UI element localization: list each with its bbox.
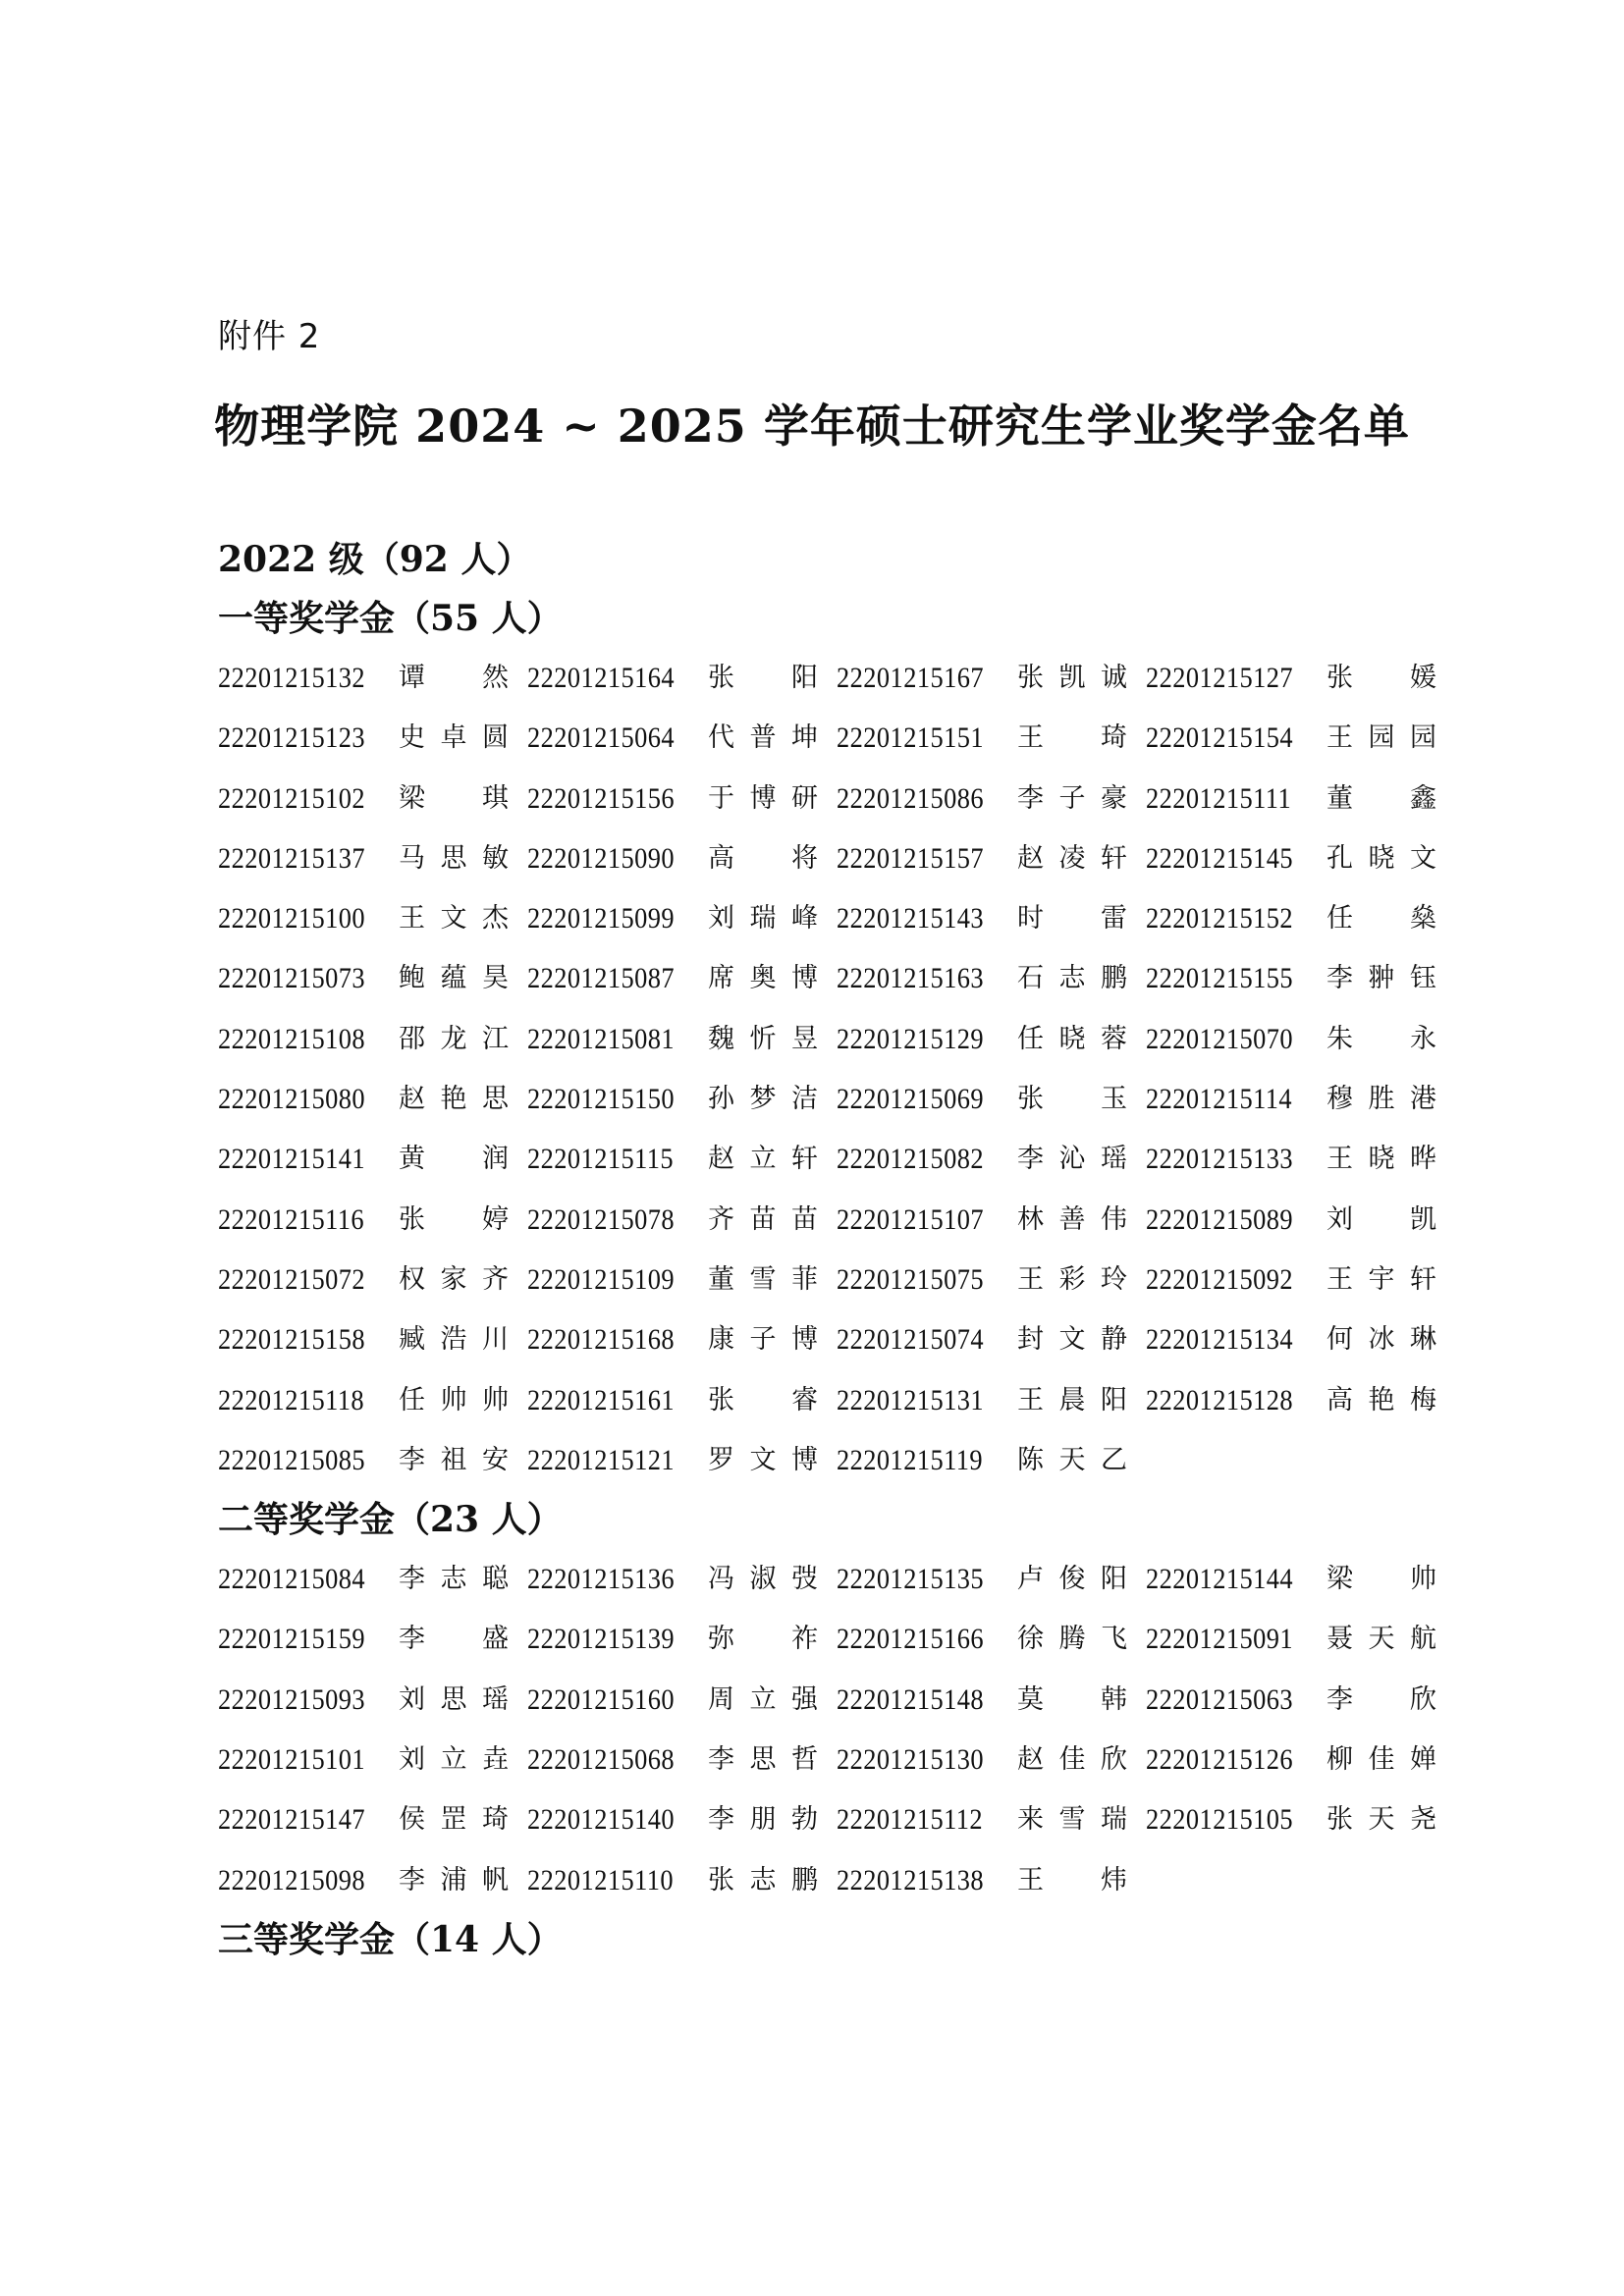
student-id: 22201215118 (218, 1370, 377, 1430)
student-id: 22201215166 (837, 1609, 996, 1669)
student-entry: 22201215064代普坤 (527, 708, 837, 768)
award-heading-first: 一等奖学金（55 人） (218, 589, 1435, 648)
student-entry: 22201215068李思哲 (527, 1730, 837, 1789)
student-id: 22201215129 (837, 1009, 996, 1069)
student-id: 22201215063 (1146, 1670, 1305, 1730)
student-id: 22201215075 (837, 1250, 996, 1309)
student-entry: 22201215112来雪瑞 (837, 1789, 1146, 1849)
student-name: 梁 琪 (399, 769, 509, 828)
student-entry: 22201215082李沁瑶 (837, 1129, 1146, 1189)
student-id: 22201215136 (527, 1549, 686, 1609)
student-name: 任晓蓉 (1017, 1009, 1127, 1069)
student-entry: 22201215098李浦帆 (218, 1850, 527, 1910)
student-entry: 22201215130赵佳欣 (837, 1730, 1146, 1789)
student-entry: 22201215139弥 祚 (527, 1609, 837, 1669)
student-id: 22201215116 (218, 1190, 377, 1250)
student-id: 22201215128 (1146, 1370, 1305, 1430)
student-id: 22201215100 (218, 888, 377, 948)
student-id: 22201215151 (837, 708, 996, 768)
student-id: 22201215101 (218, 1730, 377, 1789)
attachment-label: 附件 2 (218, 309, 320, 357)
student-entry: 22201215087席奥博 (527, 948, 837, 1008)
student-entry: 22201215156于博研 (527, 769, 837, 828)
student-entry: 22201215108邵龙江 (218, 1009, 527, 1069)
student-name: 刘瑞峰 (708, 888, 818, 948)
student-id: 22201215111 (1146, 769, 1305, 828)
student-name: 徐腾飞 (1017, 1609, 1127, 1669)
student-entry: 22201215150孙梦洁 (527, 1069, 837, 1129)
student-name: 刘思瑶 (399, 1670, 509, 1730)
student-entry: 22201215085李祖安 (218, 1430, 527, 1490)
student-id: 22201215152 (1146, 888, 1305, 948)
student-name: 卢俊阳 (1017, 1549, 1127, 1609)
student-entry: 22201215144梁 帅 (1146, 1549, 1455, 1609)
student-id: 22201215109 (527, 1250, 686, 1309)
student-name: 黄 润 (399, 1129, 509, 1189)
student-id: 22201215090 (527, 828, 686, 888)
student-name: 董 鑫 (1326, 769, 1436, 828)
student-name: 来雪瑞 (1017, 1789, 1127, 1849)
grade-heading: 2022 级（92 人） (218, 530, 1435, 589)
student-name: 臧浩川 (399, 1309, 509, 1369)
student-id: 22201215138 (837, 1850, 996, 1910)
student-entry: 22201215128高艳梅 (1146, 1370, 1455, 1430)
award-heading-third: 三等奖学金（14 人） (218, 1910, 1435, 1969)
student-name: 赵立轩 (708, 1129, 818, 1189)
student-name: 侯罡琦 (399, 1789, 509, 1849)
student-entry: 22201215132谭 然 (218, 648, 527, 708)
student-name: 孙梦洁 (708, 1069, 818, 1129)
student-id: 22201215160 (527, 1670, 686, 1730)
student-entry: 22201215154王园园 (1146, 708, 1455, 768)
student-name: 石志鹏 (1017, 948, 1127, 1008)
student-entry: 22201215127张 媛 (1146, 648, 1455, 708)
student-id: 22201215081 (527, 1009, 686, 1069)
student-entry: 22201215135卢俊阳 (837, 1549, 1146, 1609)
student-entry: 22201215111董 鑫 (1146, 769, 1455, 828)
student-entry: 22201215099刘瑞峰 (527, 888, 837, 948)
student-entry: 22201215147侯罡琦 (218, 1789, 527, 1849)
student-entry: 22201215090高 将 (527, 828, 837, 888)
student-entry: 22201215166徐腾飞 (837, 1609, 1146, 1669)
student-id: 22201215148 (837, 1670, 996, 1730)
student-entry: 22201215118任帅帅 (218, 1370, 527, 1430)
student-id: 22201215105 (1146, 1789, 1305, 1849)
student-name: 张天尧 (1326, 1789, 1436, 1849)
student-id: 22201215134 (1146, 1309, 1305, 1369)
student-entry: 22201215141黄 润 (218, 1129, 527, 1189)
student-entry: 22201215107林善伟 (837, 1190, 1146, 1250)
student-entry: 22201215140李朋勃 (527, 1789, 837, 1849)
student-name: 冯淑弢 (708, 1549, 818, 1609)
student-entry: 22201215109董雪菲 (527, 1250, 837, 1309)
student-id: 22201215144 (1146, 1549, 1305, 1609)
student-entry: 22201215069张 玉 (837, 1069, 1146, 1129)
student-entry: 22201215157赵凌轩 (837, 828, 1146, 888)
student-name: 莫 韩 (1017, 1670, 1127, 1730)
student-name: 魏忻昱 (708, 1009, 818, 1069)
student-entry: 22201215092王宇轩 (1146, 1250, 1455, 1309)
student-id: 22201215159 (218, 1609, 377, 1669)
student-name: 邵龙江 (399, 1009, 509, 1069)
student-name: 张 玉 (1017, 1069, 1127, 1129)
student-entry: 22201215105张天尧 (1146, 1789, 1455, 1849)
student-name: 张 睿 (708, 1370, 818, 1430)
student-name: 张 媛 (1326, 648, 1436, 708)
award-heading-second: 二等奖学金（23 人） (218, 1490, 1435, 1549)
student-id: 22201215107 (837, 1190, 996, 1250)
student-entry: 22201215137马思敏 (218, 828, 527, 888)
student-id: 22201215073 (218, 948, 377, 1008)
student-name: 权家齐 (399, 1250, 509, 1309)
student-id: 22201215068 (527, 1730, 686, 1789)
student-id: 22201215119 (837, 1430, 996, 1490)
student-name: 王宇轩 (1326, 1250, 1436, 1309)
student-name: 李朋勃 (708, 1789, 818, 1849)
student-id: 22201215147 (218, 1789, 377, 1849)
student-id: 22201215070 (1146, 1009, 1305, 1069)
student-name: 王晨阳 (1017, 1370, 1127, 1430)
student-id: 22201215164 (527, 648, 686, 708)
student-name: 康子博 (708, 1309, 818, 1369)
student-id: 22201215127 (1146, 648, 1305, 708)
student-entry: 22201215126柳佳婵 (1146, 1730, 1455, 1789)
student-entry: 22201215100王文杰 (218, 888, 527, 948)
student-entry: 22201215148莫 韩 (837, 1670, 1146, 1730)
student-id: 22201215137 (218, 828, 377, 888)
student-id: 22201215086 (837, 769, 996, 828)
student-entry: 22201215114穆胜港 (1146, 1069, 1455, 1129)
student-name: 代普坤 (708, 708, 818, 768)
student-id: 22201215157 (837, 828, 996, 888)
student-entry: 22201215070朱 永 (1146, 1009, 1455, 1069)
student-entry: 22201215164张 阳 (527, 648, 837, 708)
student-name: 王 琦 (1017, 708, 1127, 768)
student-id: 22201215082 (837, 1129, 996, 1189)
student-name: 李 盛 (399, 1609, 509, 1669)
student-entry: 22201215160周立强 (527, 1670, 837, 1730)
student-id: 22201215114 (1146, 1069, 1305, 1129)
student-name: 高艳梅 (1326, 1370, 1436, 1430)
student-id: 22201215158 (218, 1309, 377, 1369)
student-name: 鲍蕴昊 (399, 948, 509, 1008)
student-name: 王 炜 (1017, 1850, 1127, 1910)
student-id: 22201215161 (527, 1370, 686, 1430)
student-name: 李浦帆 (399, 1850, 509, 1910)
student-id: 22201215078 (527, 1190, 686, 1250)
student-id: 22201215133 (1146, 1129, 1305, 1189)
student-name: 穆胜港 (1326, 1069, 1436, 1129)
student-id: 22201215092 (1146, 1250, 1305, 1309)
scholarship-list: 2022 级（92 人） 一等奖学金（55 人） 22201215132谭 然2… (218, 530, 1435, 1969)
student-name: 李思哲 (708, 1730, 818, 1789)
student-entry: 22201215143时 雷 (837, 888, 1146, 948)
student-id: 22201215069 (837, 1069, 996, 1129)
student-name: 王文杰 (399, 888, 509, 948)
student-entry: 22201215158臧浩川 (218, 1309, 527, 1369)
student-grid-first: 22201215132谭 然22201215164张 阳22201215167张… (218, 648, 1435, 1490)
student-entry: 22201215138王 炜 (837, 1850, 1146, 1910)
student-name: 王园园 (1326, 708, 1436, 768)
document-title: 物理学院 2024 ~ 2025 学年硕士研究生学业奖学金名单 (0, 391, 1624, 455)
student-name: 周立强 (708, 1670, 818, 1730)
student-entry: 22201215115赵立轩 (527, 1129, 837, 1189)
student-id: 22201215143 (837, 888, 996, 948)
student-id: 22201215140 (527, 1789, 686, 1849)
student-id: 22201215168 (527, 1309, 686, 1369)
student-id: 22201215074 (837, 1309, 996, 1369)
student-entry: 22201215159李 盛 (218, 1609, 527, 1669)
student-name: 孔晓文 (1326, 828, 1436, 888)
student-id: 22201215167 (837, 648, 996, 708)
student-id: 22201215115 (527, 1129, 686, 1189)
student-entry: 22201215093刘思瑶 (218, 1670, 527, 1730)
student-entry: 22201215119陈天乙 (837, 1430, 1146, 1490)
student-name: 赵凌轩 (1017, 828, 1127, 888)
student-id: 22201215064 (527, 708, 686, 768)
student-name: 朱 永 (1326, 1009, 1436, 1069)
student-name: 于博研 (708, 769, 818, 828)
student-entry: 22201215073鲍蕴昊 (218, 948, 527, 1008)
student-entry: 22201215091聂天航 (1146, 1609, 1455, 1669)
student-name: 李祖安 (399, 1430, 509, 1490)
student-id: 22201215087 (527, 948, 686, 1008)
student-id: 22201215091 (1146, 1609, 1305, 1669)
student-entry: 22201215133王晓晔 (1146, 1129, 1455, 1189)
student-id: 22201215126 (1146, 1730, 1305, 1789)
student-entry: 22201215081魏忻昱 (527, 1009, 837, 1069)
student-id: 22201215121 (527, 1430, 686, 1490)
student-entry: 22201215136冯淑弢 (527, 1549, 837, 1609)
student-name: 李志聪 (399, 1549, 509, 1609)
student-name: 史卓圆 (399, 708, 509, 768)
student-name: 李翀钰 (1326, 948, 1436, 1008)
student-name: 梁 帅 (1326, 1549, 1436, 1609)
student-id: 22201215099 (527, 888, 686, 948)
student-name: 李子豪 (1017, 769, 1127, 828)
student-id: 22201215089 (1146, 1190, 1305, 1250)
student-id: 22201215139 (527, 1609, 686, 1669)
student-id: 22201215130 (837, 1730, 996, 1789)
student-grid-second: 22201215084李志聪22201215136冯淑弢22201215135卢… (218, 1549, 1435, 1910)
student-name: 王晓晔 (1326, 1129, 1436, 1189)
student-entry: 22201215086李子豪 (837, 769, 1146, 828)
student-name: 陈天乙 (1017, 1430, 1127, 1490)
student-name: 王彩玲 (1017, 1250, 1127, 1309)
student-entry: 22201215168康子博 (527, 1309, 837, 1369)
student-id: 22201215084 (218, 1549, 377, 1609)
student-name: 罗文博 (708, 1430, 818, 1490)
student-id: 22201215135 (837, 1549, 996, 1609)
student-name: 赵佳欣 (1017, 1730, 1127, 1789)
student-entry: 22201215163石志鹏 (837, 948, 1146, 1008)
student-name: 席奥博 (708, 948, 818, 1008)
student-entry: 22201215078齐苗苗 (527, 1190, 837, 1250)
student-entry: 22201215110张志鹏 (527, 1850, 837, 1910)
student-entry: 22201215072权家齐 (218, 1250, 527, 1309)
student-id: 22201215141 (218, 1129, 377, 1189)
student-id: 22201215145 (1146, 828, 1305, 888)
student-id: 22201215108 (218, 1009, 377, 1069)
student-entry: 22201215152任 燊 (1146, 888, 1455, 948)
student-entry: 22201215145孔晓文 (1146, 828, 1455, 888)
student-name: 张 婷 (399, 1190, 509, 1250)
student-name: 李 欣 (1326, 1670, 1436, 1730)
student-id: 22201215163 (837, 948, 996, 1008)
student-entry: 22201215161张 睿 (527, 1370, 837, 1430)
student-id: 22201215110 (527, 1850, 686, 1910)
student-entry: 22201215123史卓圆 (218, 708, 527, 768)
student-entry: 22201215134何冰琳 (1146, 1309, 1455, 1369)
student-name: 高 将 (708, 828, 818, 888)
student-id: 22201215132 (218, 648, 377, 708)
student-name: 封文静 (1017, 1309, 1127, 1369)
student-name: 谭 然 (399, 648, 509, 708)
student-name: 时 雷 (1017, 888, 1127, 948)
student-entry: 22201215080赵艳思 (218, 1069, 527, 1129)
student-id: 22201215080 (218, 1069, 377, 1129)
student-entry: 22201215131王晨阳 (837, 1370, 1146, 1430)
student-name: 齐苗苗 (708, 1190, 818, 1250)
student-name: 张志鹏 (708, 1850, 818, 1910)
student-entry: 22201215116张 婷 (218, 1190, 527, 1250)
student-id: 22201215150 (527, 1069, 686, 1129)
student-name: 林善伟 (1017, 1190, 1127, 1250)
student-name: 刘 凯 (1326, 1190, 1436, 1250)
student-name: 张凯诚 (1017, 648, 1127, 708)
student-name: 刘立垚 (399, 1730, 509, 1789)
student-id: 22201215156 (527, 769, 686, 828)
student-entry: 22201215155李翀钰 (1146, 948, 1455, 1008)
student-entry: 22201215089刘 凯 (1146, 1190, 1455, 1250)
student-name: 柳佳婵 (1326, 1730, 1436, 1789)
student-id: 22201215098 (218, 1850, 377, 1910)
student-entry: 22201215101刘立垚 (218, 1730, 527, 1789)
student-name: 何冰琳 (1326, 1309, 1436, 1369)
student-name: 李沁瑶 (1017, 1129, 1127, 1189)
student-entry: 22201215167张凯诚 (837, 648, 1146, 708)
student-name: 聂天航 (1326, 1609, 1436, 1669)
student-name: 赵艳思 (399, 1069, 509, 1129)
student-id: 22201215123 (218, 708, 377, 768)
student-id: 22201215131 (837, 1370, 996, 1430)
student-entry: 22201215063李 欣 (1146, 1670, 1455, 1730)
student-name: 张 阳 (708, 648, 818, 708)
student-id: 22201215085 (218, 1430, 377, 1490)
student-name: 任 燊 (1326, 888, 1436, 948)
student-entry: 22201215102梁 琪 (218, 769, 527, 828)
student-entry: 22201215074封文静 (837, 1309, 1146, 1369)
student-id: 22201215112 (837, 1789, 996, 1849)
student-id: 22201215102 (218, 769, 377, 828)
student-name: 弥 祚 (708, 1609, 818, 1669)
student-name: 董雪菲 (708, 1250, 818, 1309)
student-name: 马思敏 (399, 828, 509, 888)
student-id: 22201215155 (1146, 948, 1305, 1008)
student-entry: 22201215121罗文博 (527, 1430, 837, 1490)
student-entry: 22201215084李志聪 (218, 1549, 527, 1609)
student-entry: 22201215151王 琦 (837, 708, 1146, 768)
student-id: 22201215093 (218, 1670, 377, 1730)
student-entry: 22201215129任晓蓉 (837, 1009, 1146, 1069)
student-id: 22201215072 (218, 1250, 377, 1309)
student-id: 22201215154 (1146, 708, 1305, 768)
student-name: 任帅帅 (399, 1370, 509, 1430)
student-entry: 22201215075王彩玲 (837, 1250, 1146, 1309)
